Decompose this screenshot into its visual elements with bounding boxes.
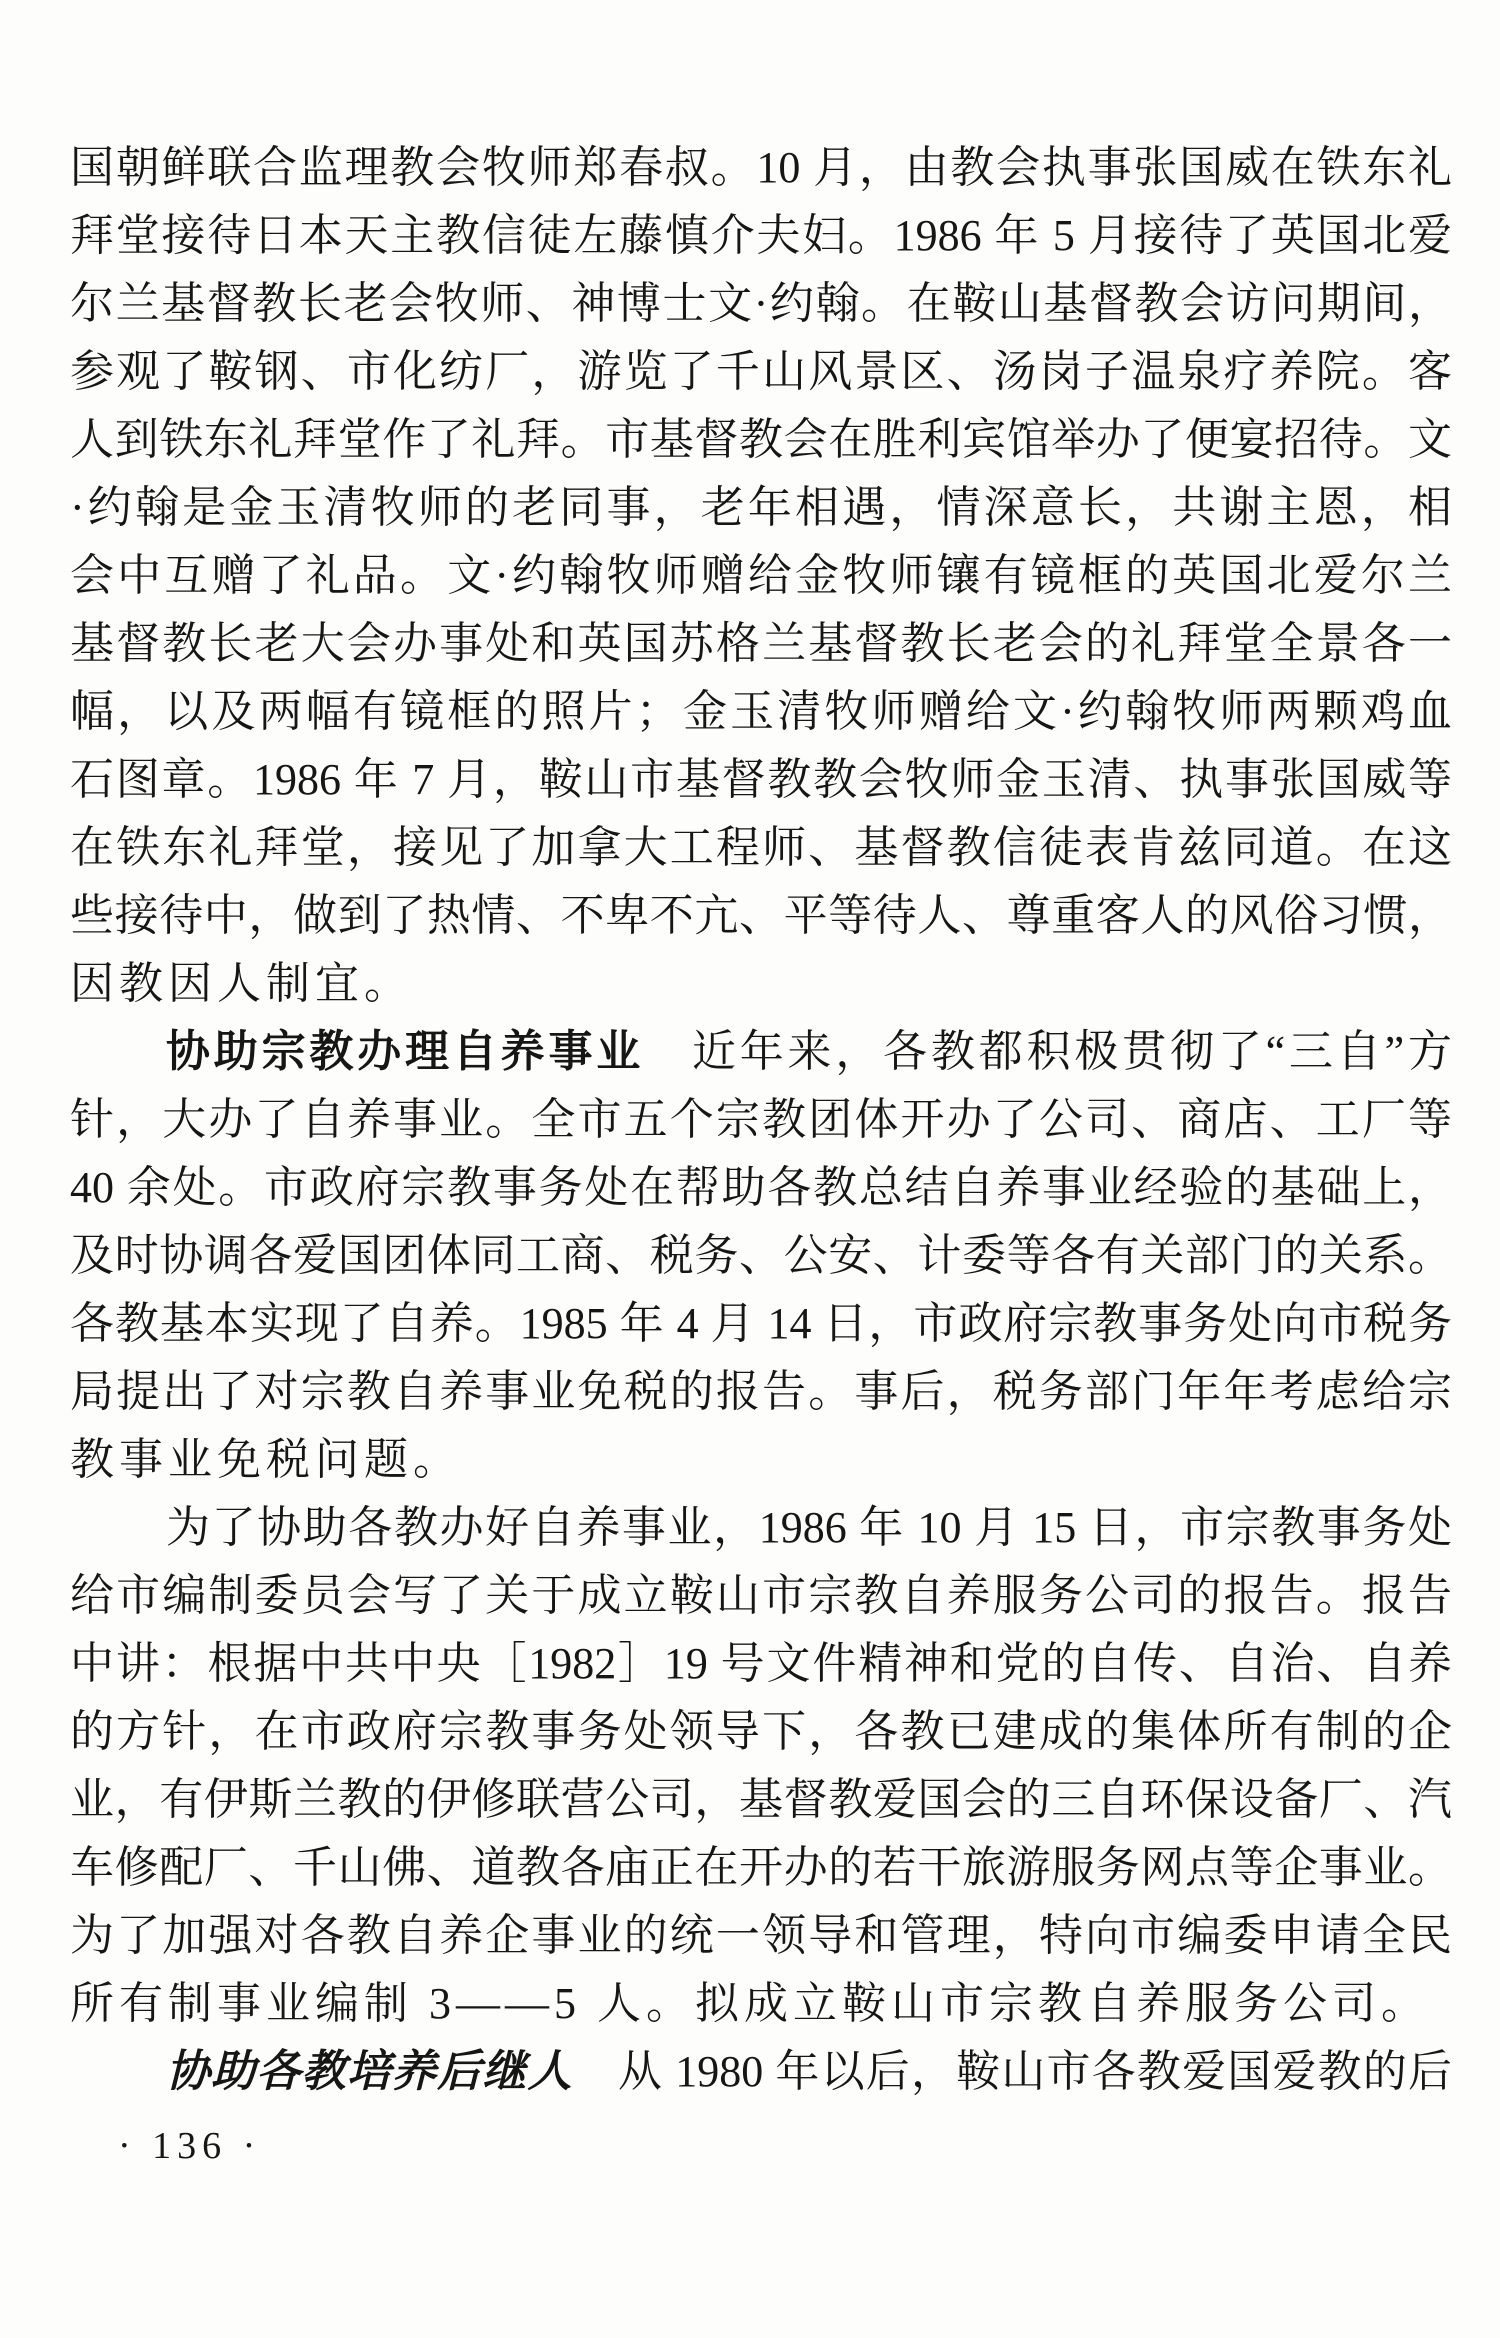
page-text-block: 国朝鲜联合监理教会牧师郑春叔。10 月，由教会执事张国威在铁东礼 拜堂接待日本天… (70, 134, 1452, 2106)
text-line: 尔兰基督教长老会牧师、神博士文·约翰。在鞍山基督教会访问期间， (70, 270, 1452, 338)
text-line: 针，大办了自养事业。全市五个宗教团体开办了公司、商店、工厂等 (70, 1086, 1452, 1154)
text-line: 会中互赠了礼品。文·约翰牧师赠给金牧师镶有镜框的英国北爱尔兰 (70, 542, 1452, 610)
text-line: ·约翰是金玉清牧师的老同事，老年相遇，情深意长，共谢主恩，相 (70, 474, 1452, 542)
text-line: 拜堂接待日本天主教信徒左藤慎介夫妇。1986 年 5 月接待了英国北爱 (70, 202, 1452, 270)
text-line: 些接待中，做到了热情、不卑不亢、平等待人、尊重客人的风俗习惯， (70, 882, 1452, 950)
text-line: 国朝鲜联合监理教会牧师郑春叔。10 月，由教会执事张国威在铁东礼 (70, 134, 1452, 202)
run-in-heading-successors: 协助各教培养后继人 (166, 2047, 573, 2096)
text-line: 参观了鞍钢、市化纺厂，游览了千山风景区、汤岗子温泉疗养院。客 (70, 338, 1452, 406)
paragraph-end-line: 教事业免税问题。 (70, 1426, 1452, 1494)
text-line: 幅，以及两幅有镜框的照片；金玉清牧师赠给文·约翰牧师两颗鸡血 (70, 678, 1452, 746)
text-line: 车修配厂、千山佛、道教各庙正在开办的若干旅游服务网点等企事业。 (70, 1834, 1452, 1902)
paragraph-end-line: 所有制事业编制 3——5 人。拟成立鞍山市宗教自养服务公司。 (70, 1970, 1452, 2038)
text-line: 40 余处。市政府宗教事务处在帮助各教总结自养事业经验的基础上， (70, 1154, 1452, 1222)
scanned-book-page: 国朝鲜联合监理教会牧师郑春叔。10 月，由教会执事张国威在铁东礼 拜堂接待日本天… (0, 0, 1500, 2338)
heading-line-successors: 协助各教培养后继人从 1980 年以后，鞍山市各教爱国爱教的后 (70, 2038, 1452, 2106)
text-line: 石图章。1986 年 7 月，鞍山市基督教教会牧师金玉清、执事张国威等 (70, 746, 1452, 814)
text-segment: 近年来，各教都积极贯彻了“三自”方 (688, 1027, 1452, 1076)
text-line: 在铁东礼拜堂，接见了加拿大工程师、基督教信徒表肯兹同道。在这 (70, 814, 1452, 882)
text-line: 各教基本实现了自养。1985 年 4 月 14 日，市政府宗教事务处向市税务 (70, 1290, 1452, 1358)
text-line: 中讲：根据中共中央［1982］19 号文件精神和党的自传、自治、自养 (70, 1630, 1452, 1698)
text-line: 基督教长老大会办事处和英国苏格兰基督教长老会的礼拜堂全景各一 (70, 610, 1452, 678)
run-in-heading-self-support: 协助宗教办理自养事业 (166, 1027, 644, 1076)
text-line: 的方针，在市政府宗教事务处领导下，各教已建成的集体所有制的企 (70, 1698, 1452, 1766)
text-line: 局提出了对宗教自养事业免税的报告。事后，税务部门年年考虑给宗 (70, 1358, 1452, 1426)
text-line: 给市编制委员会写了关于成立鞍山市宗教自养服务公司的报告。报告 (70, 1562, 1452, 1630)
heading-line-self-support: 协助宗教办理自养事业近年来，各教都积极贯彻了“三自”方 (70, 1018, 1452, 1086)
paragraph-end-line: 因教因人制宜。 (70, 950, 1452, 1018)
text-line: 及时协调各爱国团体同工商、税务、公安、计委等各有关部门的关系。 (70, 1222, 1452, 1290)
text-line: 业，有伊斯兰教的伊修联营公司，基督教爱国会的三自环保设备厂、汽 (70, 1766, 1452, 1834)
text-line-indented: 为了协助各教办好自养事业，1986 年 10 月 15 日，市宗教事务处 (70, 1494, 1452, 1562)
text-line: 为了加强对各教自养企事业的统一领导和管理，特向市编委申请全民 (70, 1902, 1452, 1970)
page-number: · 136 · (118, 2112, 261, 2180)
text-segment: 从 1980 年以后，鞍山市各教爱国爱教的后 (617, 2047, 1452, 2096)
text-line: 人到铁东礼拜堂作了礼拜。市基督教会在胜利宾馆举办了便宴招待。文 (70, 406, 1452, 474)
